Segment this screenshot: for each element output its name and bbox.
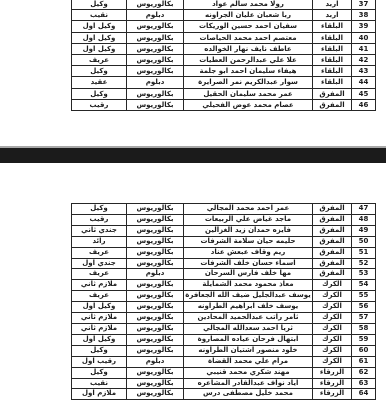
rank-cell: رقيب اول (72, 356, 127, 367)
governorate-cell: البلقاء (313, 21, 352, 32)
table-row: 50المفرقحليمه حيان سلامة الشرفاتبكالوريو… (72, 236, 376, 247)
rank-cell: عريف (72, 55, 127, 66)
serial-cell: 38 (352, 10, 376, 21)
serial-cell: 40 (352, 32, 376, 43)
governorate-cell: الكرك (313, 323, 352, 334)
qualification-cell: دبلوم (127, 10, 184, 21)
governorate-cell: المفرق (313, 225, 352, 236)
table-row: 46المفرقعصام محمد عوض الفحيليبكالوريوسرق… (72, 99, 376, 110)
serial-cell: 54 (352, 280, 376, 291)
governorate-cell: اربد (313, 10, 352, 21)
name-cell: مهند شكري محمد قنيبي (184, 367, 313, 378)
serial-cell: 62 (352, 367, 376, 378)
table-row: 49المفرقفايزه حمدان زيد الغزالينبكالوريو… (72, 225, 376, 236)
qualification-cell: دبلوم (127, 356, 184, 367)
serial-cell: 64 (352, 389, 376, 400)
serial-cell: 49 (352, 225, 376, 236)
governorate-cell: البلقاء (313, 66, 352, 77)
qualification-cell: دبلوم (127, 77, 184, 88)
qualification-cell: بكالوريوس (127, 66, 184, 77)
name-cell: عاطف نايف نهار الخوالده (184, 43, 313, 54)
name-cell: ريم وقاف عبعش عناد (184, 247, 313, 258)
qualification-cell: بكالوريوس (127, 55, 184, 66)
serial-cell: 53 (352, 269, 376, 280)
serial-cell: 61 (352, 356, 376, 367)
rank-cell: وكيل (72, 66, 127, 77)
serial-cell: 58 (352, 323, 376, 334)
table-row: 58الكركثريا احمد سعدالله المجاليبكالوريو… (72, 323, 376, 334)
table-row: 40البلقاءمعتصم احمد محمد الحياصاتبكالوري… (72, 32, 376, 43)
governorate-cell: الزرقاء (313, 378, 352, 389)
qualification-cell: بكالوريوس (127, 334, 184, 345)
rank-cell: جندي اول (72, 258, 127, 269)
serial-cell: 42 (352, 55, 376, 66)
governorate-cell: المفرق (313, 247, 352, 258)
governorate-cell: البلقاء (313, 43, 352, 54)
qualification-cell: بكالوريوس (127, 247, 184, 258)
table-row: 43البلقاءهيفاء سليمان احمد ابو جلمةبكالو… (72, 66, 376, 77)
serial-cell: 43 (352, 66, 376, 77)
governorate-cell: اربد (313, 0, 352, 10)
name-cell: ماجد غياض علي الربيعات (184, 214, 313, 225)
qualification-cell: بكالوريوس (127, 378, 184, 389)
governorate-cell: الكرك (313, 334, 352, 345)
governorate-cell: البلقاء (313, 55, 352, 66)
rank-cell: وكيل (72, 88, 127, 99)
table-row: 45المفرقعمر محمد سليمان الحقيلبكالوريوسو… (72, 88, 376, 99)
table-row: 41البلقاءعاطف نايف نهار الخوالدهبكالوريو… (72, 43, 376, 54)
personnel-roster-table-upper: 37اربدرولا محمد سالم عوادبكالوريوسوكيل38… (71, 0, 376, 111)
table-row: 64الزرقاءمحمد خليل مصطفى درسبكالوريوسملا… (72, 389, 376, 400)
table-row: 61الكركمرام علي محمد القضاةدبلومرقيب اول (72, 356, 376, 367)
rank-cell: عريف (72, 291, 127, 302)
governorate-cell: الكرك (313, 280, 352, 291)
table-row: 37اربدرولا محمد سالم عوادبكالوريوسوكيل (72, 0, 376, 10)
table-row: 54الكركمعاذ محمود محمد الشمايلةبكالوريوس… (72, 280, 376, 291)
rank-cell: عريف (72, 269, 127, 280)
rank-cell: وكيل (72, 367, 127, 378)
qualification-cell: بكالوريوس (127, 225, 184, 236)
serial-cell: 50 (352, 236, 376, 247)
rank-cell: جندي ثاني (72, 225, 127, 236)
name-cell: خلود منصور اشتيان الطراونه (184, 345, 313, 356)
name-cell: سوار عبدالكريم نمر الصرايرة (184, 77, 313, 88)
rank-cell: وكيل اول (72, 32, 127, 43)
governorate-cell: المفرق (313, 204, 352, 215)
name-cell: فايزه حمدان زيد الغزالين (184, 225, 313, 236)
qualification-cell: دبلوم (127, 269, 184, 280)
rank-cell: وكيل اول (72, 334, 127, 345)
rank-cell: ملازم اول (72, 389, 127, 400)
table-row: 53المفرقمها خلف فارس السرحاندبلومعريف (72, 269, 376, 280)
qualification-cell: بكالوريوس (127, 280, 184, 291)
rank-cell: وكيل (72, 345, 127, 356)
serial-cell: 51 (352, 247, 376, 258)
name-cell: علا علي عبدالرحمن العطيات (184, 55, 313, 66)
name-cell: سفيان احمد حسين الوريكات (184, 21, 313, 32)
qualification-cell: بكالوريوس (127, 258, 184, 269)
name-cell: هيفاء سليمان احمد ابو جلمة (184, 66, 313, 77)
page-break-divider-bar (0, 146, 386, 163)
serial-cell: 47 (352, 204, 376, 215)
rank-cell: وكيل اول (72, 43, 127, 54)
table-row: 39البلقاءسفيان احمد حسين الوريكاتبكالوري… (72, 21, 376, 32)
governorate-cell: الكرك (313, 313, 352, 324)
name-cell: عصام محمد عوض الفحيلي (184, 99, 313, 110)
rank-cell: وكيل (72, 204, 127, 215)
table-row: 59الكركابتهال فرحان عياده المصاروةبكالور… (72, 334, 376, 345)
name-cell: اياد نواف عبدالقادر المشاعره (184, 378, 313, 389)
scanned-document-page: { "table1": { "rows": [ ["37", "اربد", "… (0, 0, 386, 400)
serial-cell: 60 (352, 345, 376, 356)
rank-cell: وكيل اول (72, 302, 127, 313)
qualification-cell: بكالوريوس (127, 323, 184, 334)
name-cell: ابتهال فرحان عياده المصاروة (184, 334, 313, 345)
governorate-cell: البلقاء (313, 32, 352, 43)
name-cell: معاذ محمود محمد الشمايلة (184, 280, 313, 291)
qualification-cell: بكالوريوس (127, 302, 184, 313)
rank-cell: ملازم ثاني (72, 280, 127, 291)
rank-cell: وكيل (72, 0, 127, 10)
qualification-cell: بكالوريوس (127, 313, 184, 324)
name-cell: يوسف خلف ابراهيم الطراونه (184, 302, 313, 313)
rank-cell: رائد (72, 236, 127, 247)
qualification-cell: بكالوريوس (127, 0, 184, 10)
personnel-roster-table-lower: 47المفرقعمر احمد محمد المجاليبكالوريوسوك… (71, 203, 376, 400)
qualification-cell: بكالوريوس (127, 99, 184, 110)
rank-cell: رقيب (72, 99, 127, 110)
name-cell: عمر احمد محمد المجالي (184, 204, 313, 215)
qualification-cell: بكالوريوس (127, 367, 184, 378)
qualification-cell: بكالوريوس (127, 291, 184, 302)
qualification-cell: بكالوريوس (127, 214, 184, 225)
name-cell: ربا شعبان عليان الجراونه (184, 10, 313, 21)
serial-cell: 57 (352, 313, 376, 324)
governorate-cell: الزرقاء (313, 389, 352, 400)
table-row: 42البلقاءعلا علي عبدالرحمن العطياتبكالور… (72, 55, 376, 66)
qualification-cell: بكالوريوس (127, 204, 184, 215)
rank-cell: رقيب (72, 214, 127, 225)
table-row: 63الزرقاءاياد نواف عبدالقادر المشاعرهبكا… (72, 378, 376, 389)
rank-cell: وكيل اول (72, 21, 127, 32)
qualification-cell: بكالوريوس (127, 345, 184, 356)
table-row: 52المفرقاسماء حسان خلف الشرفاتبكالوريوسج… (72, 258, 376, 269)
table-row: 62الزرقاءمهند شكري محمد قنيبيبكالوريوسوك… (72, 367, 376, 378)
rank-cell: عقيد (72, 77, 127, 88)
serial-cell: 52 (352, 258, 376, 269)
governorate-cell: المفرق (313, 236, 352, 247)
governorate-cell: الكرك (313, 356, 352, 367)
name-cell: رولا محمد سالم عواد (184, 0, 313, 10)
governorate-cell: الزرقاء (313, 367, 352, 378)
rank-cell: عريف (72, 247, 127, 258)
rank-cell: ملازم ثاني (72, 323, 127, 334)
qualification-cell: بكالوريوس (127, 43, 184, 54)
name-cell: ثريا احمد سعدالله المجالي (184, 323, 313, 334)
governorate-cell: المفرق (313, 269, 352, 280)
serial-cell: 48 (352, 214, 376, 225)
serial-cell: 55 (352, 291, 376, 302)
governorate-cell: المفرق (313, 88, 352, 99)
serial-cell: 59 (352, 334, 376, 345)
name-cell: يوسف عبدالجليل ضيف الله الجعافرة (184, 291, 313, 302)
name-cell: مرام علي محمد القضاة (184, 356, 313, 367)
qualification-cell: بكالوريوس (127, 389, 184, 400)
table-row: 47المفرقعمر احمد محمد المجاليبكالوريوسوك… (72, 204, 376, 215)
table-row: 38اربدربا شعبان عليان الجراونهدبلومنقيب (72, 10, 376, 21)
governorate-cell: الكرك (313, 345, 352, 356)
table-row: 60الكركخلود منصور اشتيان الطراونهبكالوري… (72, 345, 376, 356)
serial-cell: 63 (352, 378, 376, 389)
qualification-cell: بكالوريوس (127, 21, 184, 32)
name-cell: معتصم احمد محمد الحياصات (184, 32, 313, 43)
qualification-cell: بكالوريوس (127, 32, 184, 43)
rank-cell: نقيب (72, 378, 127, 389)
name-cell: حليمه حيان سلامة الشرفات (184, 236, 313, 247)
governorate-cell: المفرق (313, 258, 352, 269)
governorate-cell: الكرك (313, 291, 352, 302)
name-cell: مها خلف فارس السرحان (184, 269, 313, 280)
table-row: 48المفرقماجد غياض علي الربيعاتبكالوريوسر… (72, 214, 376, 225)
serial-cell: 46 (352, 99, 376, 110)
serial-cell: 45 (352, 88, 376, 99)
governorate-cell: الكرك (313, 302, 352, 313)
name-cell: اسماء حسان خلف الشرفات (184, 258, 313, 269)
table-row: 56الكركيوسف خلف ابراهيم الطراونهبكالوريو… (72, 302, 376, 313)
rank-cell: نقيب (72, 10, 127, 21)
governorate-cell: البلقاء (313, 77, 352, 88)
serial-cell: 41 (352, 43, 376, 54)
serial-cell: 44 (352, 77, 376, 88)
table-row: 57الكركثامر راتب عبدالحميد المحادينبكالو… (72, 313, 376, 324)
serial-cell: 37 (352, 0, 376, 10)
serial-cell: 56 (352, 302, 376, 313)
name-cell: عمر محمد سليمان الحقيل (184, 88, 313, 99)
qualification-cell: بكالوريوس (127, 236, 184, 247)
table-row: 51المفرقريم وقاف عبعش عنادبكالوريوسعريف (72, 247, 376, 258)
governorate-cell: المفرق (313, 99, 352, 110)
qualification-cell: بكالوريوس (127, 88, 184, 99)
serial-cell: 39 (352, 21, 376, 32)
governorate-cell: المفرق (313, 214, 352, 225)
table-row: 44البلقاءسوار عبدالكريم نمر الصرايرةدبلو… (72, 77, 376, 88)
name-cell: ثامر راتب عبدالحميد المحادين (184, 313, 313, 324)
table-row: 55الكركيوسف عبدالجليل ضيف الله الجعافرةب… (72, 291, 376, 302)
rank-cell: ملازم ثاني (72, 313, 127, 324)
name-cell: محمد خليل مصطفى درس (184, 389, 313, 400)
